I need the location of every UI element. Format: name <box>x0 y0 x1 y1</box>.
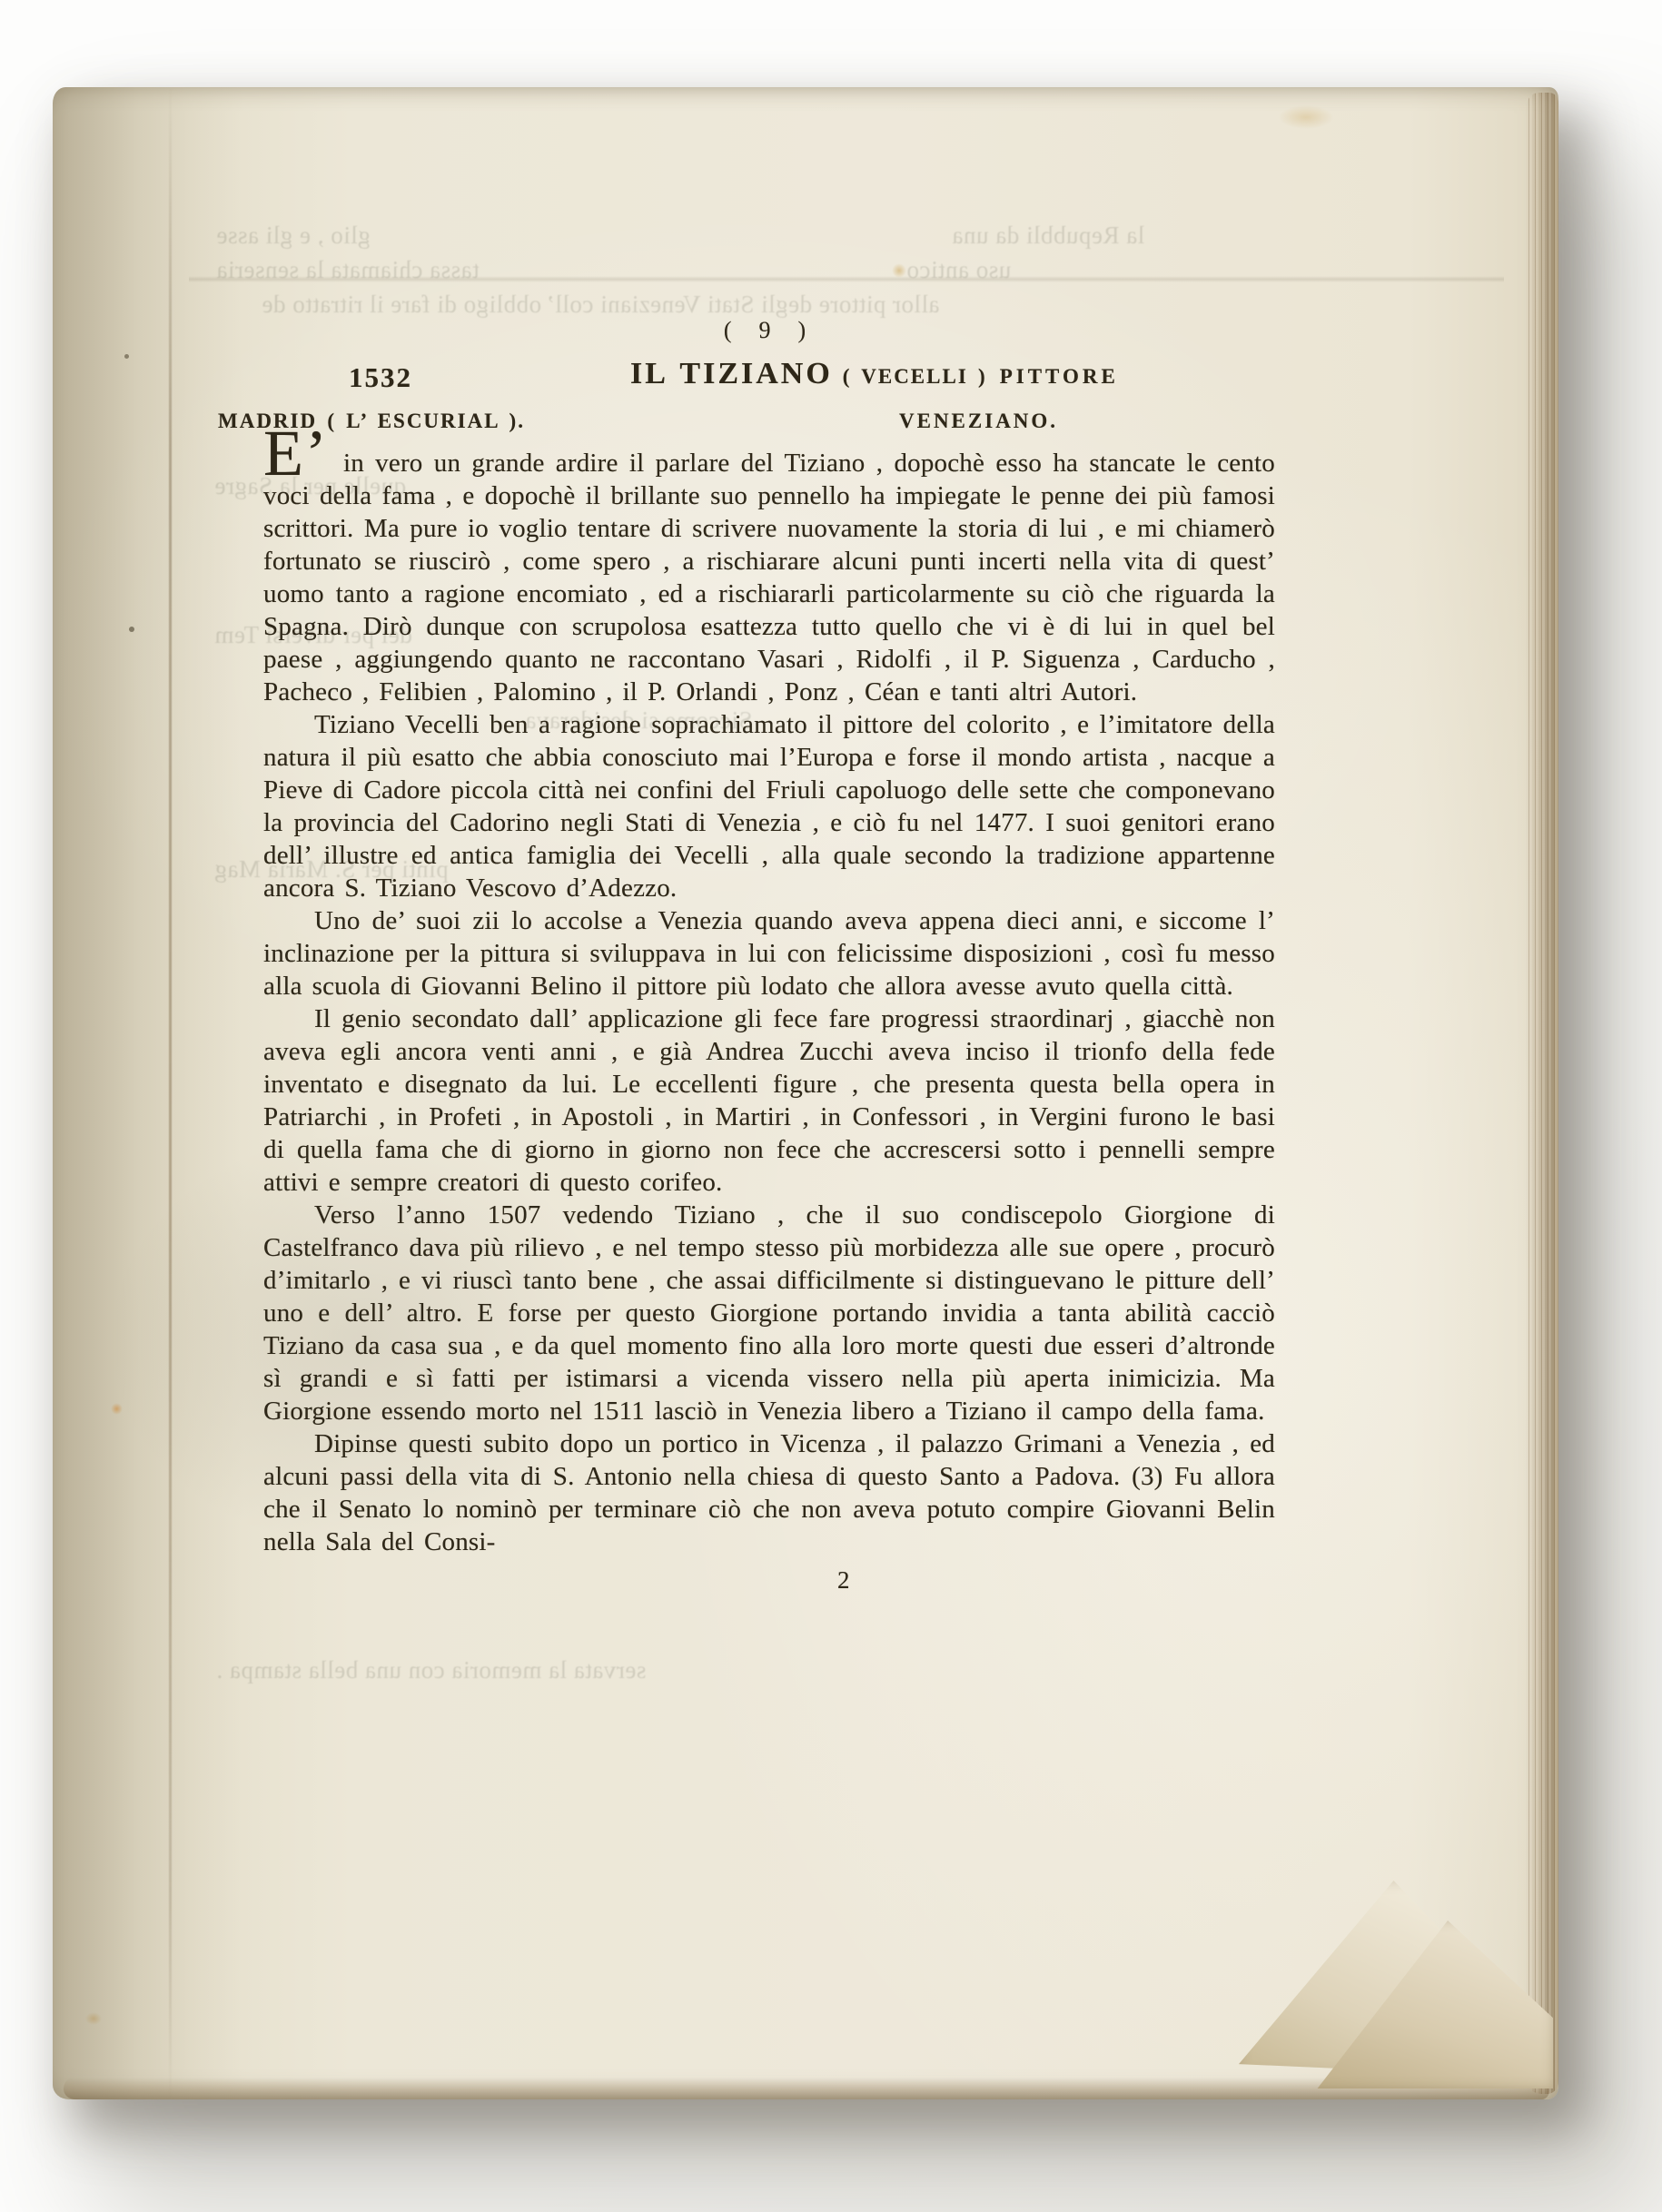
header-title-main: IL TIZIANO <box>630 357 833 390</box>
header-title-paren: ( VECELLI ) <box>843 365 987 388</box>
book-page: glio , e gli asse la Repubbli da una tas… <box>53 87 1558 2099</box>
ink-speck <box>124 354 129 359</box>
header-year: 1532 <box>349 361 412 394</box>
body-paragraph: Uno de’ suoi zii lo accolse a Venezia qu… <box>263 904 1275 1002</box>
foxing-stain <box>1279 105 1333 129</box>
verso-show-through: servata la memoria con una bella stampa … <box>216 1656 646 1684</box>
foxing-stain <box>892 263 906 278</box>
fore-edge-page-stack <box>1526 93 1558 2094</box>
body-paragraph: Tiziano Vecelli ben a ragione soprachiam… <box>263 708 1275 904</box>
verso-show-through: uso antico <box>906 256 1011 284</box>
gutter-crease <box>169 87 172 2099</box>
foxing-stain <box>111 1403 123 1415</box>
signature-mark: 2 <box>263 1564 1275 1596</box>
ink-speck <box>129 627 134 632</box>
body-paragraph: Verso l’anno 1507 vedendo Tiziano , che … <box>263 1199 1275 1427</box>
body-paragraph: E’in vero un grande ardire il parlare de… <box>263 447 1275 708</box>
header-title: IL TIZIANO ( VECELLI )PITTORE <box>630 358 1119 393</box>
verso-show-through: la Repubbli da una <box>952 222 1144 250</box>
verso-show-through: tassa chiamata la senseria <box>216 256 480 284</box>
header-subtitle-left: MADRID ( L’ ESCURIAL ). <box>218 405 525 438</box>
foxing-stain <box>85 2012 102 2025</box>
header-row-1: 1532 IL TIZIANO ( VECELLI )PITTORE <box>263 358 1275 400</box>
header-row-2: MADRID ( L’ ESCURIAL ). VENEZIANO. <box>263 400 1275 441</box>
page-number: ( 9 ) <box>263 314 1275 347</box>
text-block: ( 9 ) 1532 IL TIZIANO ( VECELLI )PITTORE… <box>263 312 1275 1596</box>
body-paragraph: Dipinse questi subito dopo un portico in… <box>263 1427 1275 1558</box>
dog-eared-corner <box>1235 1847 1553 2092</box>
header-subtitle-right: VENEZIANO. <box>899 405 1058 438</box>
paragraph-text: in vero un grande ardire il parlare del … <box>263 449 1275 706</box>
verso-show-through: glio , e gli asse <box>216 222 371 250</box>
header-title-role: PITTORE <box>1000 365 1119 388</box>
body-paragraph: Il genio secondato dall’ applicazione gl… <box>263 1002 1275 1199</box>
